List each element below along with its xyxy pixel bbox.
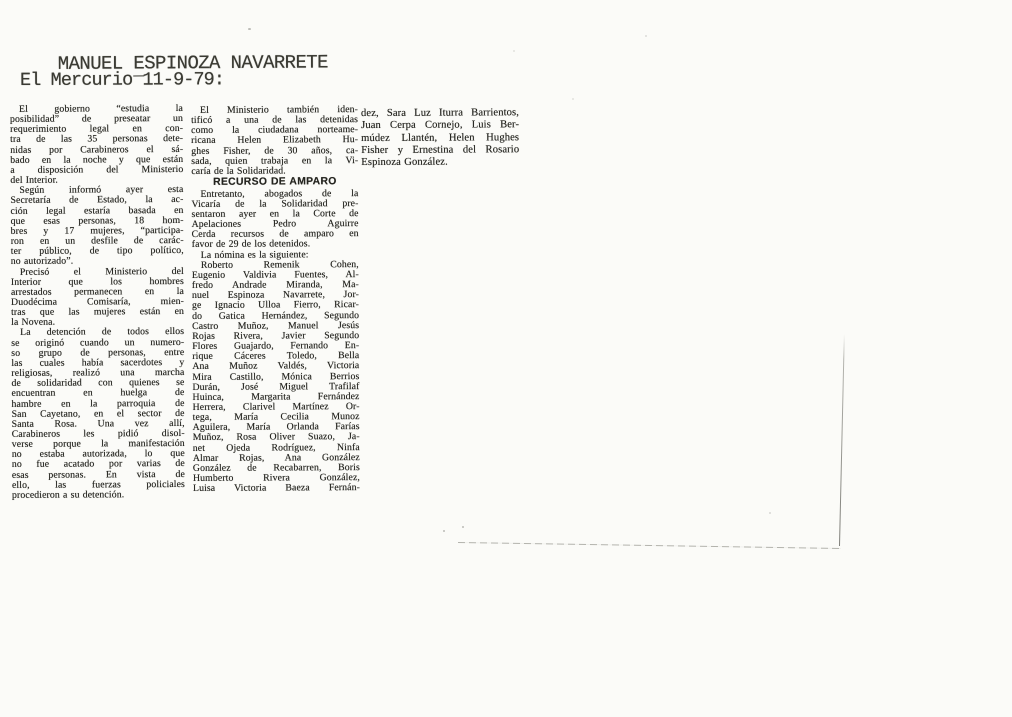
news-line: Fisher y Ernestina del Rosario bbox=[361, 144, 519, 157]
article-column-1: El gobierno “estudia laposibilidad” de p… bbox=[10, 104, 185, 501]
scan-speck bbox=[645, 35, 647, 37]
news-line: Juan Cerpa Cornejo, Luis Ber- bbox=[361, 120, 519, 133]
scan-speck bbox=[443, 530, 445, 532]
newspaper-clipping: El gobierno “estudia laposibilidad” de p… bbox=[0, 0, 1012, 717]
article-column-3: dez, Sara Luz Iturra Barrientos,Juan Cer… bbox=[361, 107, 519, 169]
column-2-intro: El Ministerio también iden-tificó a una … bbox=[191, 105, 358, 177]
news-line: Espinoza González. bbox=[361, 156, 519, 169]
scan-speck bbox=[462, 526, 464, 528]
news-line: múdez Llantén, Helen Hughes bbox=[361, 132, 519, 145]
column-2-body: Entretanto, abogados de laVicaría de la … bbox=[191, 189, 360, 495]
scan-speck bbox=[513, 50, 515, 52]
scan-speck bbox=[769, 512, 771, 514]
scan-speck bbox=[248, 28, 251, 30]
news-line: procedieron a su detención. bbox=[12, 490, 185, 501]
news-line: Luisa Victoria Baeza Fernán- bbox=[193, 483, 360, 494]
news-line: dez, Sara Luz Iturra Barrientos, bbox=[361, 107, 519, 120]
scanned-page: { "colors":{ "paper":"#fbfbf8", "ink":"#… bbox=[0, 0, 1012, 717]
scan-speck bbox=[572, 98, 574, 100]
article-column-2: El Ministerio también iden-tificó a una … bbox=[191, 105, 360, 494]
